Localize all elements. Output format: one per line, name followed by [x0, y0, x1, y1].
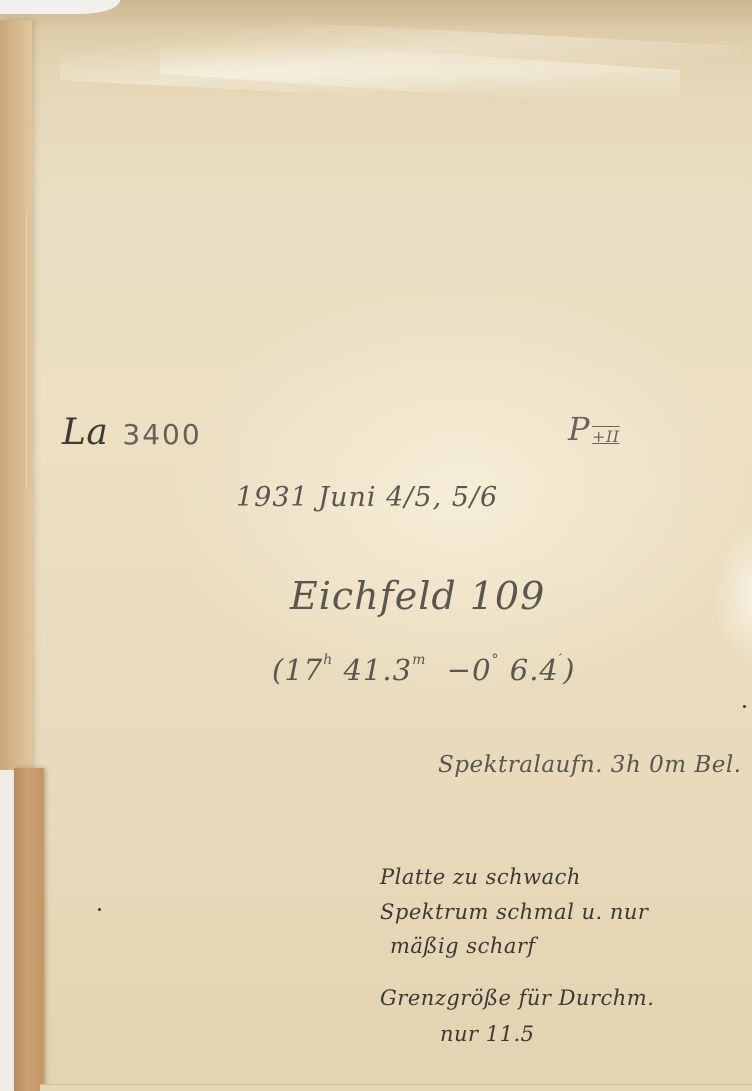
remark-line: nur 11.5	[440, 1022, 535, 1046]
star-name: Eichfeld 109	[290, 574, 545, 618]
observation-date: 1931 Juni 4/5, 5/6	[236, 482, 498, 513]
dec-minutes: 6.4	[510, 653, 559, 687]
plates-label: P	[568, 410, 590, 448]
catalog-prefix: La	[62, 412, 108, 453]
catalog-id: La3400	[62, 412, 202, 453]
dec-degrees-unit: °	[492, 652, 500, 668]
ra-hours: 17	[284, 653, 323, 687]
dec-degrees: −0	[447, 653, 492, 687]
left-binding-tape-upper	[0, 20, 32, 770]
ra-minutes-unit: m	[412, 652, 426, 668]
plates-annotation: P+II	[568, 410, 620, 448]
left-binding-tape-lower	[14, 768, 44, 1091]
paper-speck	[743, 705, 746, 708]
coords-close-paren: )	[563, 653, 575, 687]
remark-line: Platte zu schwach	[380, 865, 581, 889]
glassine-sleeve	[10, 6, 752, 1091]
spectral-exposure-note: Spektralaufn. 3h 0m Bel.	[438, 752, 742, 778]
coords-open-paren: (	[272, 653, 284, 687]
remark-line: Spektrum schmal u. nur	[380, 900, 648, 924]
star-coordinates: (17h 41.3m −0° 6.4′)	[272, 652, 575, 687]
catalog-number: 3400	[122, 418, 201, 451]
plates-suffix: +II	[592, 427, 620, 446]
remark-line: mäßig scharf	[390, 934, 536, 958]
scanned-document: La3400 P+II 1931 Juni 4/5, 5/6 Eichfeld …	[0, 0, 752, 1091]
remark-line: Grenzgröße für Durchm.	[380, 986, 654, 1010]
ra-minutes: 41.3	[343, 653, 412, 687]
sleeve-bottom-edge	[40, 1084, 752, 1091]
paper-speck	[98, 908, 101, 911]
ra-hours-unit: h	[323, 652, 333, 668]
scan-background-left	[0, 770, 14, 1091]
